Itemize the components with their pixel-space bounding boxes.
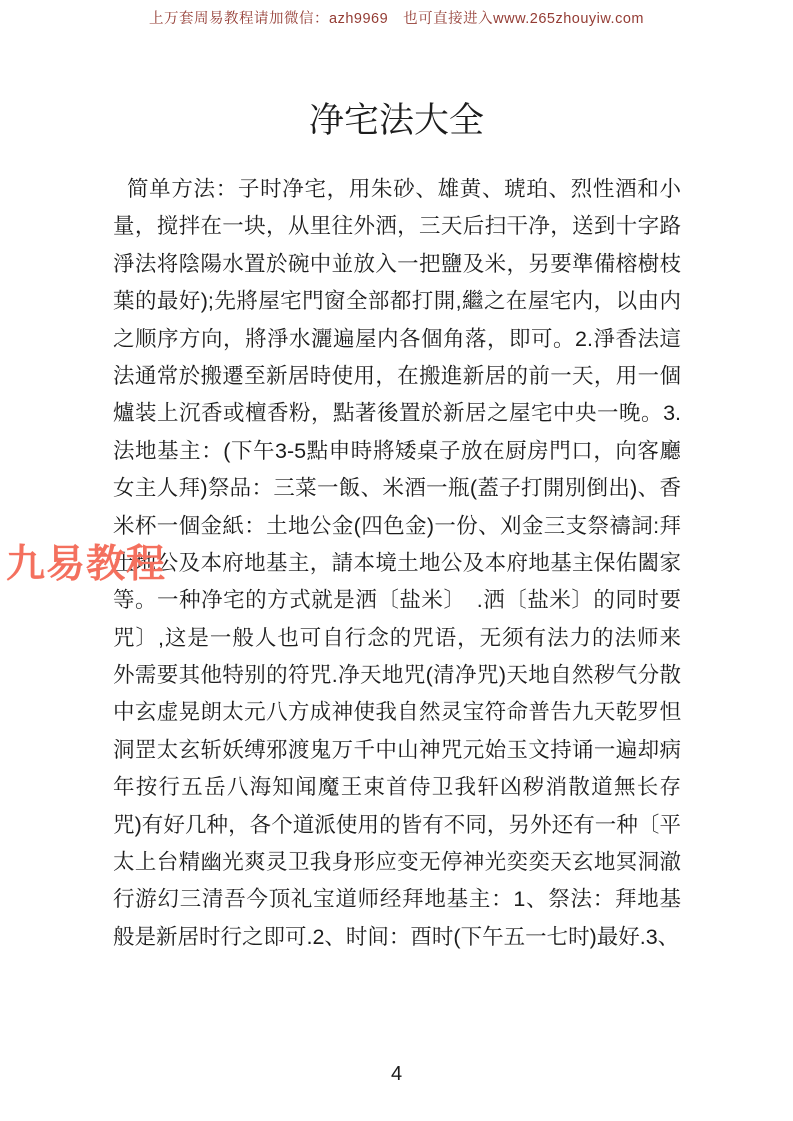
body-text-line: 咒)有好几种，各个道派使用的皆有不同，另外还有一种〔平安咒〕： (113, 807, 681, 844)
body-text-line: 葉的最好);先將屋宅門窗全部都打開,繼之在屋宅内，以由内而外 (113, 283, 681, 320)
body-text-line: 中玄虚晃朗太元八方成神使我自然灵宝符命普告九天乾罗怛哪 (113, 694, 681, 731)
body-text-line: 法地基主：(下午3-5點申時將矮桌子放在厨房門口，向客廳方向，由 (113, 433, 681, 470)
body-text-line: 之顺序方向，將淨水灑遍屋内各個角落，即可。2.淨香法這種淨宅之 (113, 321, 681, 358)
body-text-line: 外需要其他特别的符咒.净天地咒(清净咒)天地自然秽气分散洞 (113, 657, 681, 694)
body-text-line: 量，搅拌在一块，从里往外洒，三天后扫干净，送到十字路口。1.灑 (113, 208, 681, 245)
body-text-line: 等。一种净宅的方式就是洒〔盐米〕 .洒〔盐米〕的同时要念〔清净 (113, 582, 681, 619)
watermark-text: 九易教程 (6, 533, 166, 589)
body-text-line: 淨法将陰陽水置於碗中並放入一把鹽及米，另要準備榕樹枝(一梗七 (113, 246, 681, 283)
page-title: 净宅法大全 (0, 93, 793, 143)
body-text-line: 咒〕,这是一般人也可自行念的咒语，无须有法力的法师来念，或另 (113, 620, 681, 657)
body-text-line: 年按行五岳八海知闻魔王束首侍卫我轩凶秽消散道無长存〔清净 (113, 769, 681, 806)
body-text-line: 行游幻三清吾今顶礼宝道师经拜地基主：1、祭法：拜地基主， 一 (113, 881, 681, 918)
body-text: 简单方法：子时净宅，用朱砂、雄黄、琥珀、烈性酒和小米，各适量，搅拌在一块，从里往… (113, 171, 681, 956)
body-text-line: 米杯一個金紙：土地公金(四色金)一份、刈金三支祭禱詞:拜請本境 (113, 508, 681, 545)
body-text-line: 女主人拜)祭品：三菜一飯、米酒一瓶(蓋子打開別倒出)、香三枝、 (113, 470, 681, 507)
page-number: 4 (0, 1063, 793, 1086)
body-text-line: 法通常於搬遷至新居時使用，在搬進新居的前一天，用一個小的淨香 (113, 358, 681, 395)
body-text-line: 简单方法：子时净宅，用朱砂、雄黄、琥珀、烈性酒和小米，各适 (113, 171, 681, 208)
body-text-line: 爐装上沉香或檀香粉，點著後置於新居之屋宅中央一晚。3.拜地基主 (113, 395, 681, 432)
body-text-line: 土地公及本府地基主，請本境土地公及本府地基主保佑闔家平安....等 (113, 545, 681, 582)
body-text-line: 般是新居时行之即可.2、时间：酉时(下午五一七时)最好.3、 (113, 919, 681, 956)
body-text-line: 洞罡太玄斩妖缚邪渡鬼万千中山神咒元始玉文持诵一遍却病延 (113, 732, 681, 769)
body-text-line: 太上台精幽光爽灵卫我身形应变无停神光奕奕天玄地冥洞澈五 (113, 844, 681, 881)
header-promo-text: 上万套周易教程请加微信：azh9969 也可直接进入www.265zhouyiw… (0, 7, 793, 28)
document-page: 上万套周易教程请加微信：azh9969 也可直接进入www.265zhouyiw… (0, 0, 793, 1121)
